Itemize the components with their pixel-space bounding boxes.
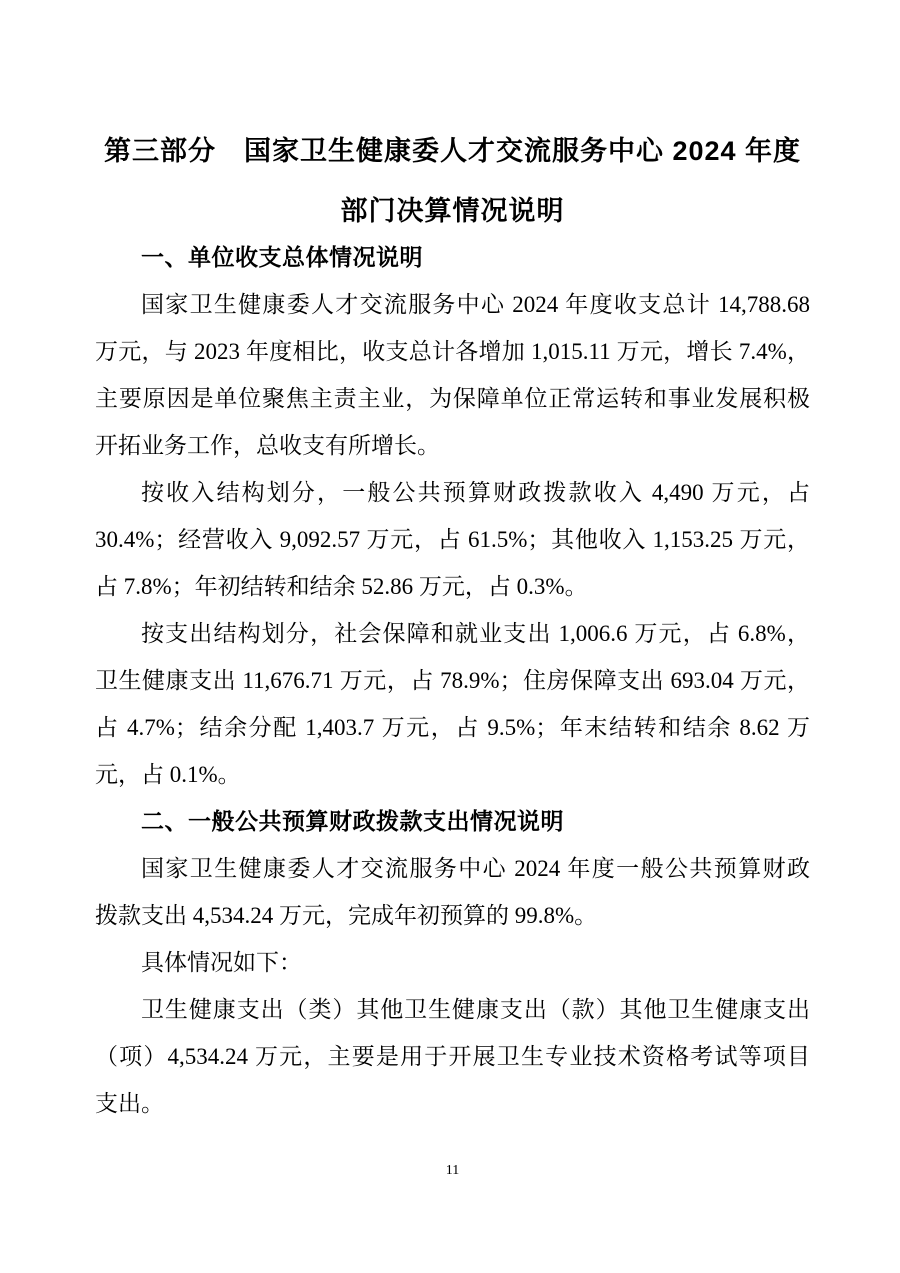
- paragraph-line: 国家卫生健康委人才交流服务中心 2024 年度一般公共预算财政: [95, 845, 810, 892]
- paragraph-line: 30.4%；经营收入 9,092.57 万元，占 61.5%；其他收入 1,15…: [95, 516, 810, 563]
- paragraph-line: （项）4,534.24 万元，主要是用于开展卫生专业技术资格考试等项目: [95, 1033, 810, 1080]
- paragraph-line: 卫生健康支出 11,676.71 万元，占 78.9%；住房保障支出 693.0…: [95, 657, 810, 704]
- paragraph-line: 万元，与 2023 年度相比，收支总计各增加 1,015.11 万元，增长 7.…: [95, 328, 810, 375]
- paragraph-line: 具体情况如下：: [95, 939, 810, 986]
- document-page: 第三部分 国家卫生健康委人才交流服务中心 2024 年度 部门决算情况说明 一、…: [0, 0, 900, 1273]
- paragraph-line: 元，占 0.1%。: [95, 751, 810, 798]
- paragraph-line: 按收入结构划分，一般公共预算财政拨款收入 4,490 万元，占: [95, 469, 810, 516]
- paragraph-line: 卫生健康支出（类）其他卫生健康支出（款）其他卫生健康支出: [95, 986, 810, 1033]
- page-number: 11: [95, 1163, 810, 1179]
- paragraph-line: 拨款支出 4,534.24 万元，完成年初预算的 99.8%。: [95, 892, 810, 939]
- title-line-2: 部门决算情况说明: [95, 181, 810, 241]
- document-body: 一、单位收支总体情况说明 国家卫生健康委人才交流服务中心 2024 年度收支总计…: [95, 234, 810, 1127]
- paragraph-line: 支出。: [95, 1080, 810, 1127]
- section-2-heading: 二、一般公共预算财政拨款支出情况说明: [95, 798, 810, 845]
- paragraph-line: 开拓业务工作，总收支有所增长。: [95, 422, 810, 469]
- paragraph-line: 占 7.8%；年初结转和结余 52.86 万元，占 0.3%。: [95, 563, 810, 610]
- paragraph-line: 占 4.7%；结余分配 1,403.7 万元，占 9.5%；年末结转和结余 8.…: [95, 704, 810, 751]
- title-line-1: 第三部分 国家卫生健康委人才交流服务中心 2024 年度: [95, 121, 810, 181]
- section-1-heading: 一、单位收支总体情况说明: [95, 234, 810, 281]
- paragraph-line: 国家卫生健康委人才交流服务中心 2024 年度收支总计 14,788.68: [95, 281, 810, 328]
- document-title: 第三部分 国家卫生健康委人才交流服务中心 2024 年度 部门决算情况说明: [95, 121, 810, 241]
- paragraph-line: 主要原因是单位聚焦主责主业，为保障单位正常运转和事业发展积极: [95, 375, 810, 422]
- paragraph-line: 按支出结构划分，社会保障和就业支出 1,006.6 万元，占 6.8%，: [95, 610, 810, 657]
